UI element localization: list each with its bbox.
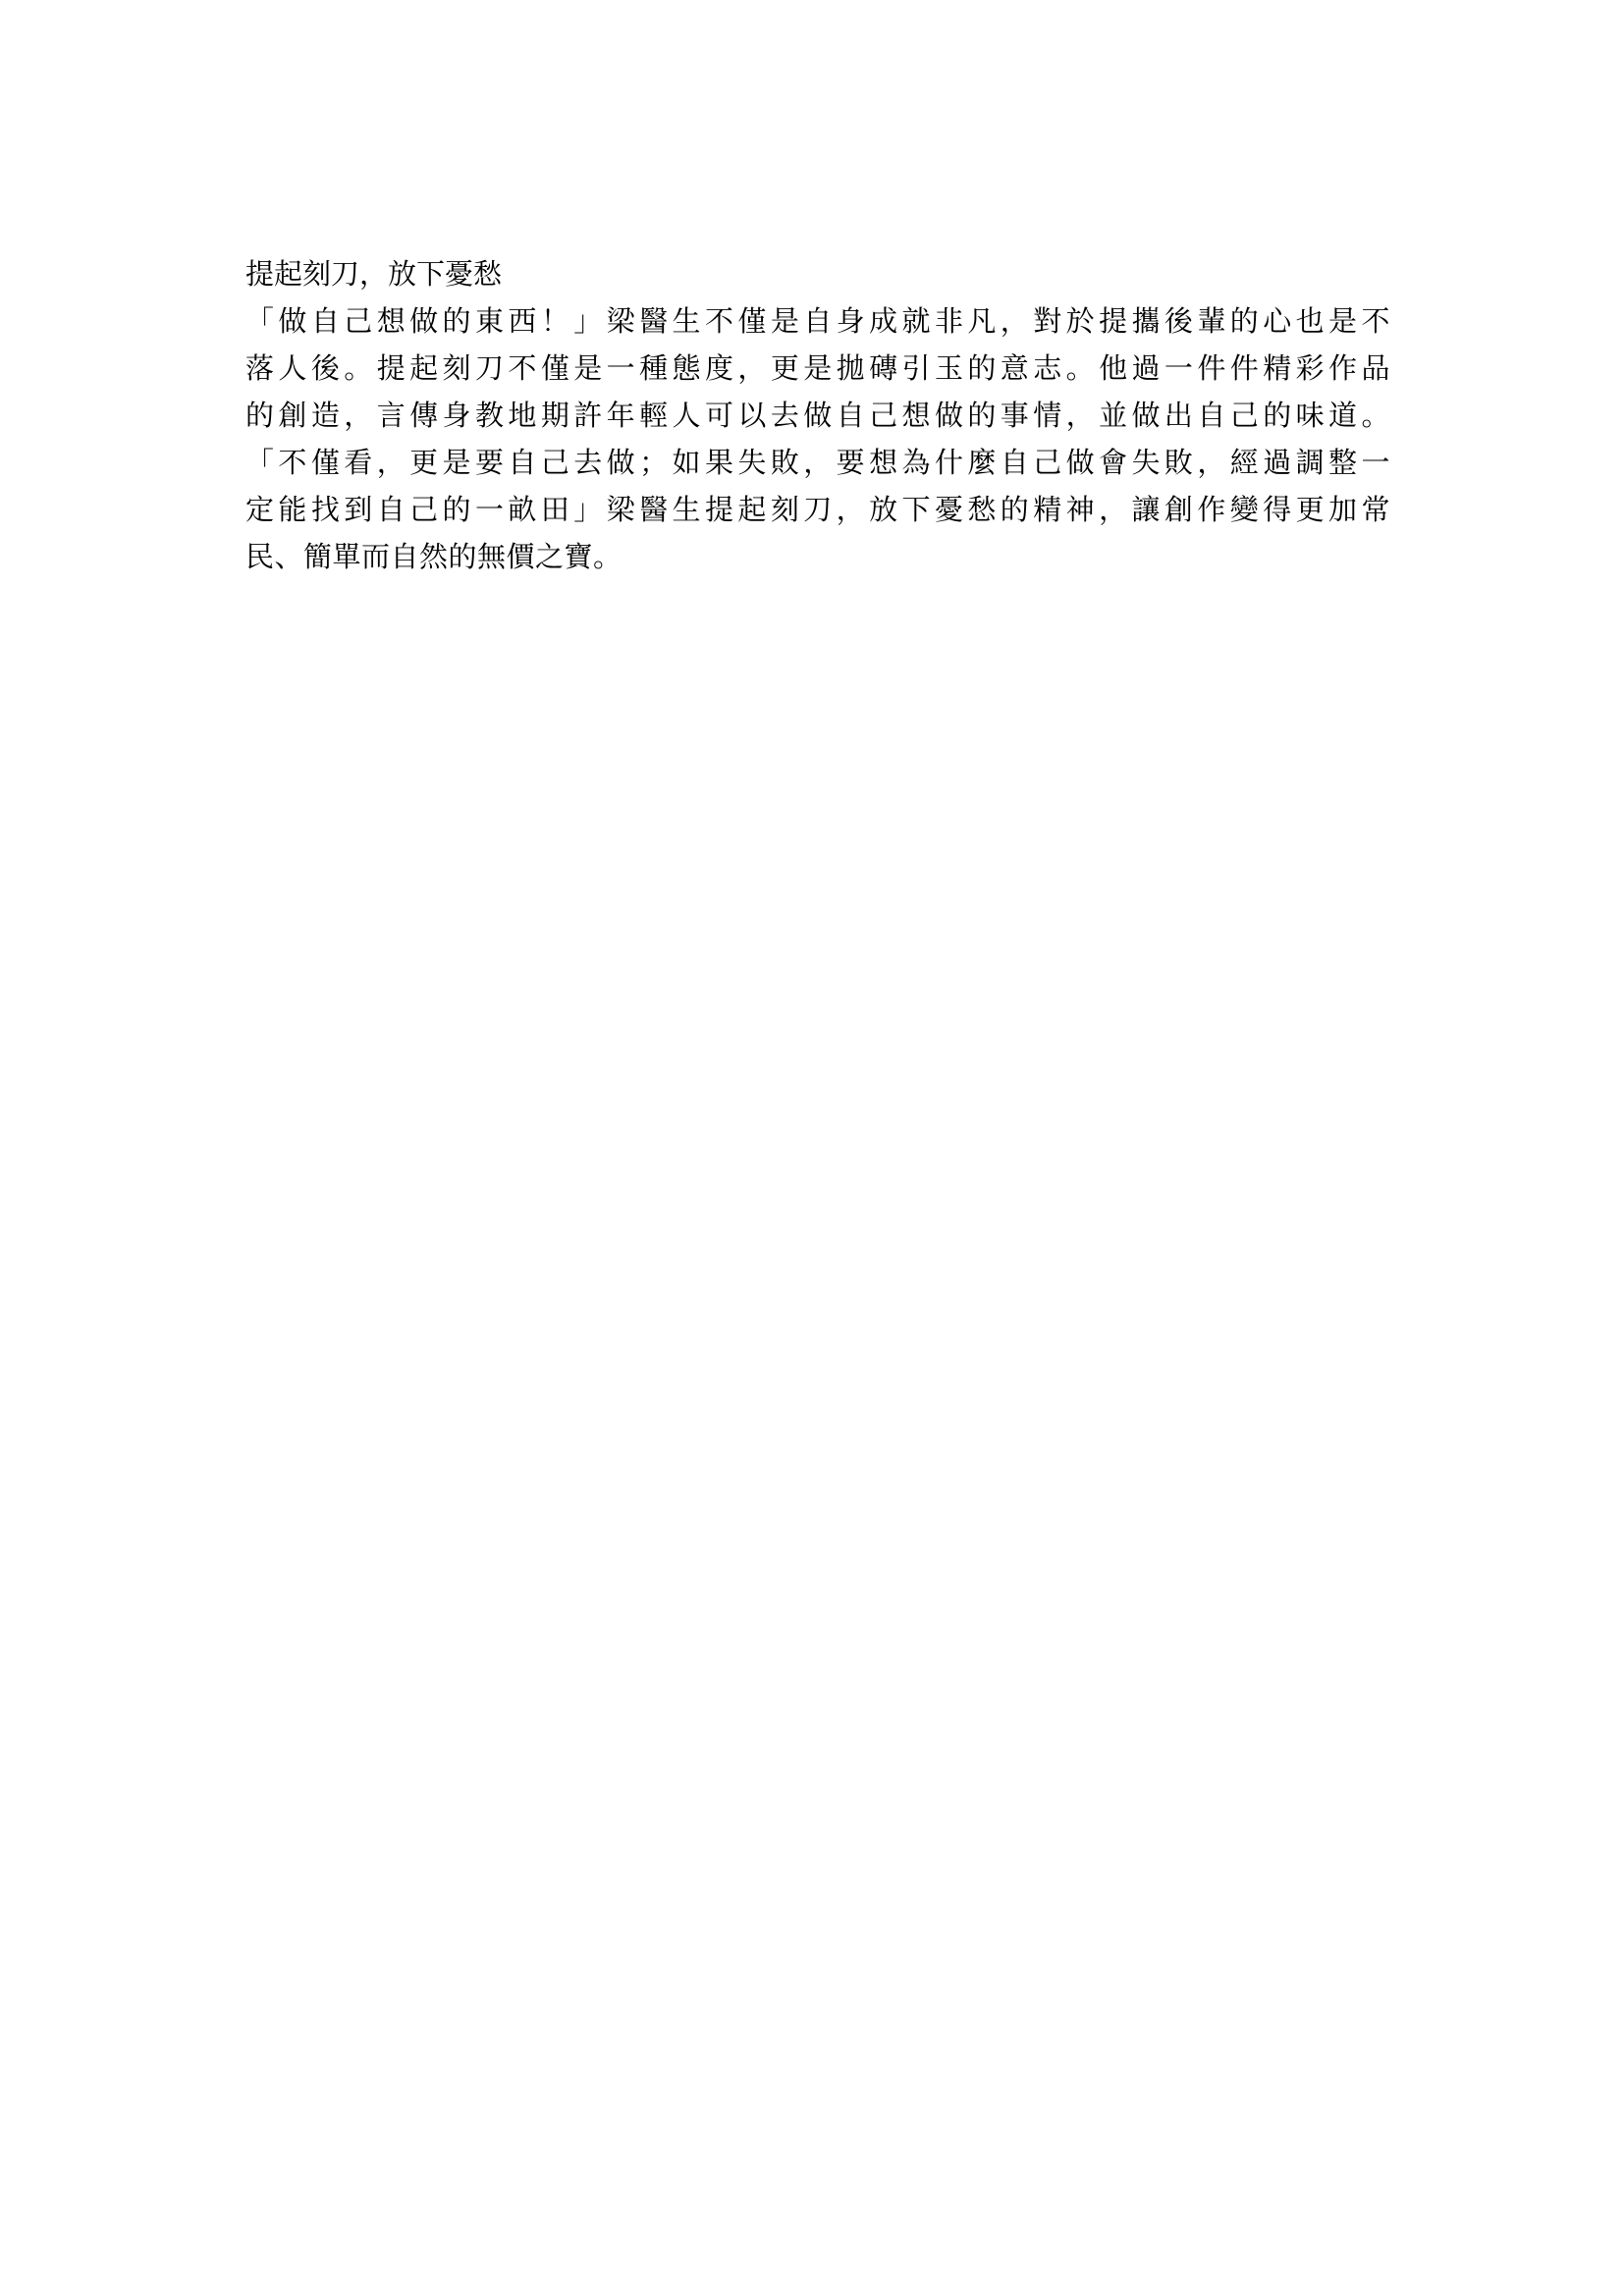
- paragraph-line-5: 定能找到自己的一畝田」梁醫生提起刻刀，放下憂愁的精神，讓創作變得更加常: [245, 486, 1390, 533]
- paragraph-line-4: 「不僅看，更是要自己去做；如果失敗，要想為什麼自己做會失敗，經過調整一: [245, 439, 1390, 486]
- paragraph-line-2: 落人後。提起刻刀不僅是一種態度，更是拋磚引玉的意志。他過一件件精彩作品: [245, 345, 1390, 392]
- section-title: 提起刻刀，放下憂愁: [245, 250, 1394, 297]
- document-body: 提起刻刀，放下憂愁 「做自己想做的東西！」梁醫生不僅是自身成就非凡，對於提攜後輩…: [245, 250, 1394, 580]
- paragraph-line-1: 「做自己想做的東西！」梁醫生不僅是自身成就非凡，對於提攜後輩的心也是不: [245, 297, 1390, 345]
- paragraph-line-6: 民、簡單而自然的無價之寶。: [245, 533, 1394, 580]
- document-page: 提起刻刀，放下憂愁 「做自己想做的東西！」梁醫生不僅是自身成就非凡，對於提攜後輩…: [0, 0, 1624, 2296]
- paragraph-line-3: 的創造，言傳身教地期許年輕人可以去做自己想做的事情，並做出自己的味道。: [245, 392, 1390, 439]
